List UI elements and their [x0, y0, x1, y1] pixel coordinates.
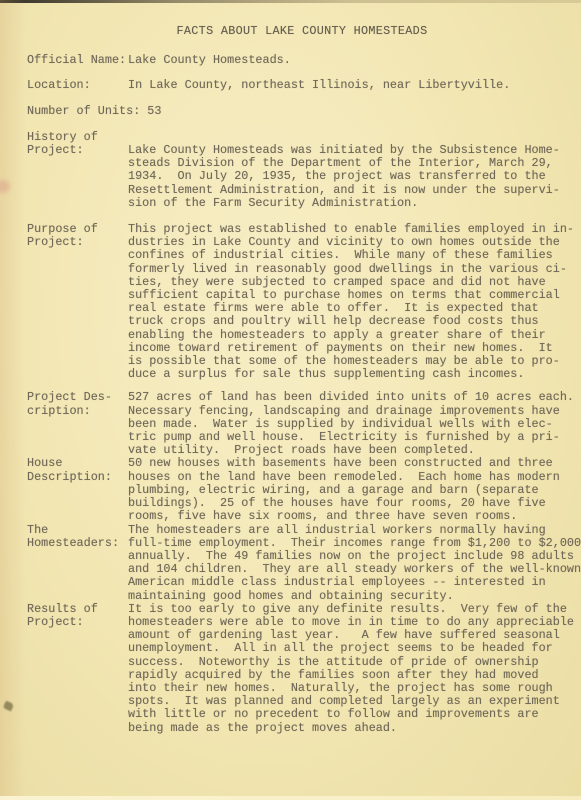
section-body: Lake County Homesteads was initiated by … — [128, 131, 560, 210]
section-purpose-of-project: Purpose of Project: This project was est… — [27, 223, 577, 381]
field-value: 53 — [147, 105, 161, 118]
section-project-description: Project Des- cription: 527 acres of land… — [27, 391, 577, 457]
section-body: 50 new houses with basements have been c… — [128, 457, 560, 523]
section-house-description: House Description: 50 new houses with ba… — [27, 457, 577, 523]
field-value: In Lake County, northeast Illinois, near… — [128, 79, 510, 92]
section-body: 527 acres of land has been divided into … — [128, 391, 574, 457]
section-results-of-project: Results of Project: It is too early to g… — [27, 603, 577, 735]
scan-edge-bottom — [0, 796, 581, 800]
document-title: FACTS ABOUT LAKE COUNTY HOMESTEADS — [27, 25, 577, 38]
section-label: House Description: — [27, 457, 128, 523]
field-label: Official Name: — [27, 54, 128, 67]
field-value: Lake County Homesteads. — [128, 54, 291, 67]
scanned-page: FACTS ABOUT LAKE COUNTY HOMESTEADS Offic… — [0, 0, 581, 800]
section-label: Results of Project: — [27, 603, 128, 735]
section-label: Project Des- cription: — [27, 391, 128, 457]
section-the-homesteaders: The Homesteaders: The homesteaders are a… — [27, 524, 577, 603]
section-label: Purpose of Project: — [27, 223, 128, 381]
section-body: The homesteaders are all industrial work… — [128, 524, 581, 603]
section-label: History of Project: — [27, 131, 128, 210]
field-row-number-of-units: Number of Units: 53 — [27, 105, 577, 118]
field-label: Number of Units: — [27, 105, 140, 118]
field-row-official-name: Official Name: Lake County Homesteads. — [27, 54, 577, 67]
field-row-location: Location: In Lake County, northeast Illi… — [27, 79, 577, 92]
document-content: FACTS ABOUT LAKE COUNTY HOMESTEADS Offic… — [0, 0, 581, 735]
field-label: Location: — [27, 79, 128, 92]
section-body: This project was established to enable f… — [128, 223, 574, 381]
section-history-of-project: History of Project: Lake County Homestea… — [27, 131, 577, 210]
section-body: It is too early to give any definite res… — [128, 603, 574, 735]
section-label: The Homesteaders: — [27, 524, 128, 603]
